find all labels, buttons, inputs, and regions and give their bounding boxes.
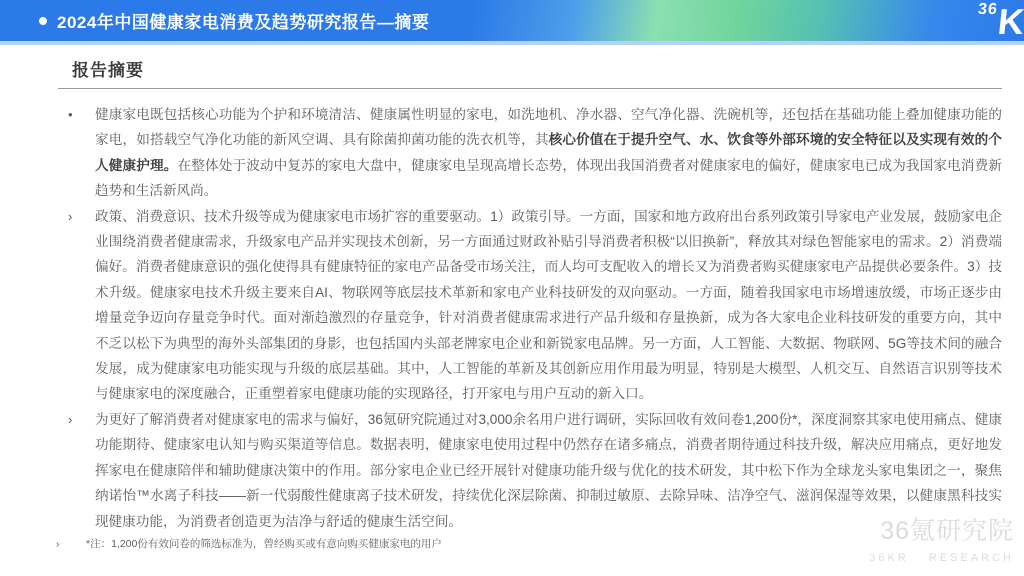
footnote: › *注：1,200份有效问卷的筛选标准为，曾经购买或有意向购买健康家电的用户	[48, 537, 1002, 552]
paragraph-definition: 健康家电既包括核心功能为个护和环境清洁、健康属性明显的家电，如洗地机、净水器、空…	[95, 102, 1002, 204]
list-item: › 为更好了解消费者对健康家电的需求与偏好，36氪研究院通过对3,000余名用户…	[58, 407, 1002, 534]
watermark-en: 36KR RESEARCH	[869, 552, 1014, 564]
logo-36-text: 36	[977, 2, 998, 18]
bullet-marker: ›	[58, 204, 95, 407]
list-item: › 政策、消费意识、技术升级等成为健康家电市场扩容的重要驱动。1）政策引导。一方…	[58, 204, 1002, 407]
page-title: 报告摘要	[72, 56, 1002, 81]
summary-list: • 健康家电既包括核心功能为个护和环境清洁、健康属性明显的家电，如洗地机、净水器…	[58, 102, 1002, 534]
footnote-marker: ›	[48, 537, 86, 552]
list-item: • 健康家电既包括核心功能为个护和环境清洁、健康属性明显的家电，如洗地机、净水器…	[58, 102, 1002, 204]
header-accent-strip	[0, 41, 1024, 45]
heading-divider	[58, 88, 1002, 89]
bullet-marker: •	[58, 102, 95, 204]
paragraph-segment: 为更好了解消费者对健康家电的需求与偏好，36氪研究院通过对3,000余名用户进行…	[95, 412, 1002, 529]
paragraph-segment: 政策、消费意识、技术升级等成为健康家电市场扩容的重要驱动。1）政策引导。一方面，…	[95, 209, 1002, 402]
watermark-en-research: RESEARCH	[929, 552, 1014, 564]
paragraph-segment: 在整体处于波动中复苏的家电大盘中，健康家电呈现高增长态势，体现出我国消费者对健康…	[95, 158, 1002, 198]
paragraph-drivers: 政策、消费意识、技术升级等成为健康家电市场扩容的重要驱动。1）政策引导。一方面，…	[95, 204, 1002, 407]
content-area: 报告摘要 • 健康家电既包括核心功能为个护和环境清洁、健康属性明显的家电，如洗地…	[58, 56, 1002, 552]
title-bullet-dot-icon	[39, 17, 47, 25]
logo-kr-text: Kr	[996, 4, 1024, 40]
footnote-text: *注：1,200份有效问卷的筛选标准为，曾经购买或有意向购买健康家电的用户	[86, 537, 442, 552]
bullet-marker: ›	[58, 407, 95, 534]
paragraph-survey: 为更好了解消费者对健康家电的需求与偏好，36氪研究院通过对3,000余名用户进行…	[95, 407, 1002, 534]
watermark-en-36kr: 36KR	[869, 552, 909, 564]
report-title: 2024年中国健康家电消费及趋势研究报告—摘要	[57, 8, 429, 33]
36kr-logo: 36 Kr	[978, 0, 1024, 40]
header-bar: 2024年中国健康家电消费及趋势研究报告—摘要 36 Kr	[0, 0, 1024, 41]
